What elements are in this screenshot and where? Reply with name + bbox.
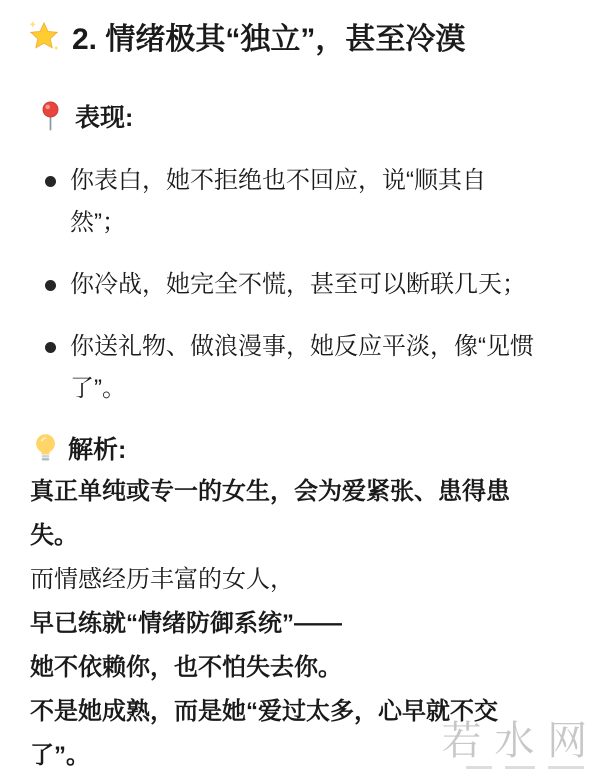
round-pushpin-icon <box>40 100 61 133</box>
bullet-text: 你冷战，她完全不慌，甚至可以断联几天； <box>70 264 526 306</box>
section-analysis: 解析: <box>30 430 572 466</box>
bullet-text: 你表白，她不拒绝也不回应，说“顺其自 <box>70 160 486 202</box>
analysis-line: 而情感经历丰富的女人， <box>30 558 572 602</box>
glowing-star-icon <box>26 18 62 54</box>
analysis-line: 她不依赖你，也不怕失去你。 <box>30 646 572 690</box>
article: 2. 情绪极其“独立”，甚至冷漠 表现: 你表白，她不拒绝也不回应，说“顺其自 … <box>0 0 600 774</box>
list-item: 你送礼物、做浪漫事，她反应平淡，像“见惯 了”。 <box>30 326 572 410</box>
watermark: 若水网 <box>442 719 588 769</box>
bullet-text: 了”。 <box>70 368 534 410</box>
bullet-dot-icon <box>45 280 56 291</box>
performance-label: 表现: <box>75 98 133 134</box>
analysis-line: 失。 <box>30 514 572 558</box>
light-bulb-icon <box>33 432 58 465</box>
bullet-dot-icon <box>45 342 56 353</box>
page-title: 2. 情绪极其“独立”，甚至冷漠 <box>72 14 465 58</box>
analysis-label: 解析: <box>68 430 126 466</box>
analysis-line: 真正单纯或专一的女生，会为爱紧张、患得患 <box>30 470 572 514</box>
list-item: 你表白，她不拒绝也不回应，说“顺其自 然”； <box>30 160 572 244</box>
watermark-caption <box>442 766 584 769</box>
list-item: 你冷战，她完全不慌，甚至可以断联几天； <box>30 264 572 306</box>
performance-list: 你表白，她不拒绝也不回应，说“顺其自 然”； 你冷战，她完全不慌，甚至可以断联几… <box>30 160 572 410</box>
bullet-dot-icon <box>45 176 56 187</box>
section-performance: 表现: <box>30 98 572 134</box>
heading-row: 2. 情绪极其“独立”，甚至冷漠 <box>30 14 572 58</box>
watermark-text: 若水网 <box>442 719 600 763</box>
bullet-text: 你送礼物、做浪漫事，她反应平淡，像“见惯 <box>70 326 534 368</box>
analysis-line: 早已练就“情绪防御系统”—— <box>30 602 572 646</box>
bullet-text: 然”； <box>70 202 486 244</box>
